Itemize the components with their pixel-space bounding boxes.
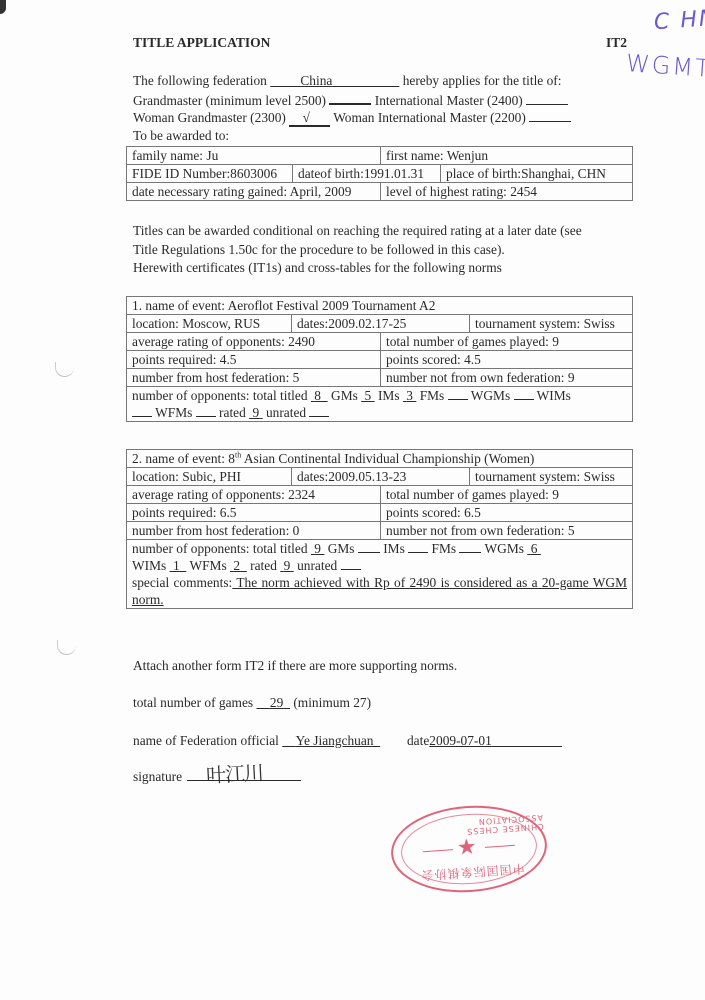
- event-2-not-own-fed: number not from own federation: 5: [381, 522, 633, 540]
- event-2-name: 2. name of event: 8th Asian Continental …: [127, 450, 633, 468]
- handwritten-note-country: C HN: [653, 6, 705, 35]
- event-2-avg-rating: average rating of opponents: 2324: [127, 486, 381, 504]
- federation-value[interactable]: China: [270, 73, 399, 88]
- title-im-mark[interactable]: [526, 93, 568, 105]
- event-2-games-played: total number of games played: 9: [381, 486, 633, 504]
- official-name[interactable]: Ye Jiangchuan: [282, 733, 380, 748]
- total-games-value[interactable]: 29: [256, 695, 289, 710]
- event-2-dates: dates:2009.05.13-23: [292, 468, 470, 485]
- event-2-opponents: number of opponents: total titled 9 GMs …: [127, 540, 633, 609]
- event-1-host-fed: number from host federation: 5: [127, 369, 381, 387]
- rating-date-cell: date necessary rating gained: April, 200…: [127, 183, 381, 201]
- certificates-note: Herewith certificates (IT1s) and cross-t…: [133, 260, 502, 276]
- event-1-points-required: points required: 4.5: [127, 351, 381, 369]
- event-1-system: tournament system: Swiss: [470, 315, 633, 332]
- punch-hole-mark: [57, 640, 76, 655]
- event-1-location: location: Moscow, RUS: [127, 315, 292, 332]
- punch-hole-mark: [55, 362, 74, 377]
- player-table: family name: Ju first name: Wenjun FIDE …: [126, 146, 633, 201]
- handwritten-signature: 叶江川: [205, 757, 263, 789]
- event-2-comments-label: special comments:: [132, 575, 232, 590]
- event-1-table: 1. name of event: Aeroflot Festival 2009…: [126, 296, 633, 422]
- title-gm-label: Grandmaster (minimum level 2500): [133, 93, 326, 108]
- title-wim-mark[interactable]: [529, 110, 571, 122]
- event-1-not-own-fed: number not from own federation: 9: [381, 369, 633, 387]
- pob-cell: place of birth:Shanghai, CHN: [441, 165, 633, 182]
- awarded-to-label: To be awarded to:: [133, 128, 229, 144]
- handwritten-note-title: WGMT: [625, 49, 705, 83]
- total-games-line: total number of games 29 (minimum 27): [133, 695, 371, 711]
- star-icon: ★: [456, 835, 477, 858]
- attach-note: Attach another form IT2 if there are mor…: [133, 658, 457, 674]
- first-name-cell: first name: Wenjun: [381, 147, 633, 165]
- event-1-dates: dates:2009.02.17-25: [292, 315, 470, 332]
- event-2-points-required: points required: 6.5: [127, 504, 381, 522]
- family-name-cell: family name: Ju: [127, 147, 381, 165]
- event-1-avg-rating: average rating of opponents: 2490: [127, 333, 381, 351]
- event-2-system: tournament system: Swiss: [470, 468, 633, 485]
- event-2-location: location: Subic, PHI: [127, 468, 292, 485]
- event-1-name: 1. name of event: Aeroflot Festival 2009…: [127, 297, 633, 315]
- conditional-note-2: Title Regulations 1.50c for the procedur…: [133, 242, 505, 258]
- scan-corner: [0, 0, 6, 14]
- event-2-points-scored: points scored: 6.5: [381, 504, 633, 522]
- date-value[interactable]: 2009-07-01: [429, 733, 562, 748]
- event-1-games-played: total number of games played: 9: [381, 333, 633, 351]
- event-1-points-scored: points scored: 4.5: [381, 351, 633, 369]
- title-im-label: International Master (2400): [375, 93, 523, 108]
- form-code: IT2: [606, 35, 627, 51]
- federation-line: The following federation China hereby ap…: [133, 73, 561, 89]
- event-1-opponents: number of opponents: total titled 8 GMs …: [127, 387, 633, 422]
- fide-id-cell: FIDE ID Number:8603006: [127, 165, 293, 182]
- federation-stamp: CHINESE CHESS ASSOCIATION ★ 中国国际象棋协会: [388, 801, 550, 898]
- form-title: TITLE APPLICATION: [133, 35, 270, 51]
- highest-rating-cell: level of highest rating: 2454: [381, 183, 633, 201]
- title-wim-label: Woman International Master (2200): [333, 110, 526, 125]
- title-options-row-2: Woman Grandmaster (2300) √ Woman Interna…: [133, 110, 571, 126]
- title-wgm-mark[interactable]: √: [289, 110, 330, 127]
- title-gm-mark[interactable]: [329, 92, 371, 105]
- title-options-row-1: Grandmaster (minimum level 2500) Interna…: [133, 92, 568, 109]
- event-2-table: 2. name of event: 8th Asian Continental …: [126, 449, 633, 609]
- conditional-note-1: Titles can be awarded conditional on rea…: [133, 223, 582, 239]
- official-line: name of Federation official Ye Jiangchua…: [133, 733, 562, 749]
- title-wgm-label: Woman Grandmaster (2300): [133, 110, 286, 125]
- event-2-host-fed: number from host federation: 0: [127, 522, 381, 540]
- dob-cell: dateof birth:1991.01.31: [293, 165, 441, 182]
